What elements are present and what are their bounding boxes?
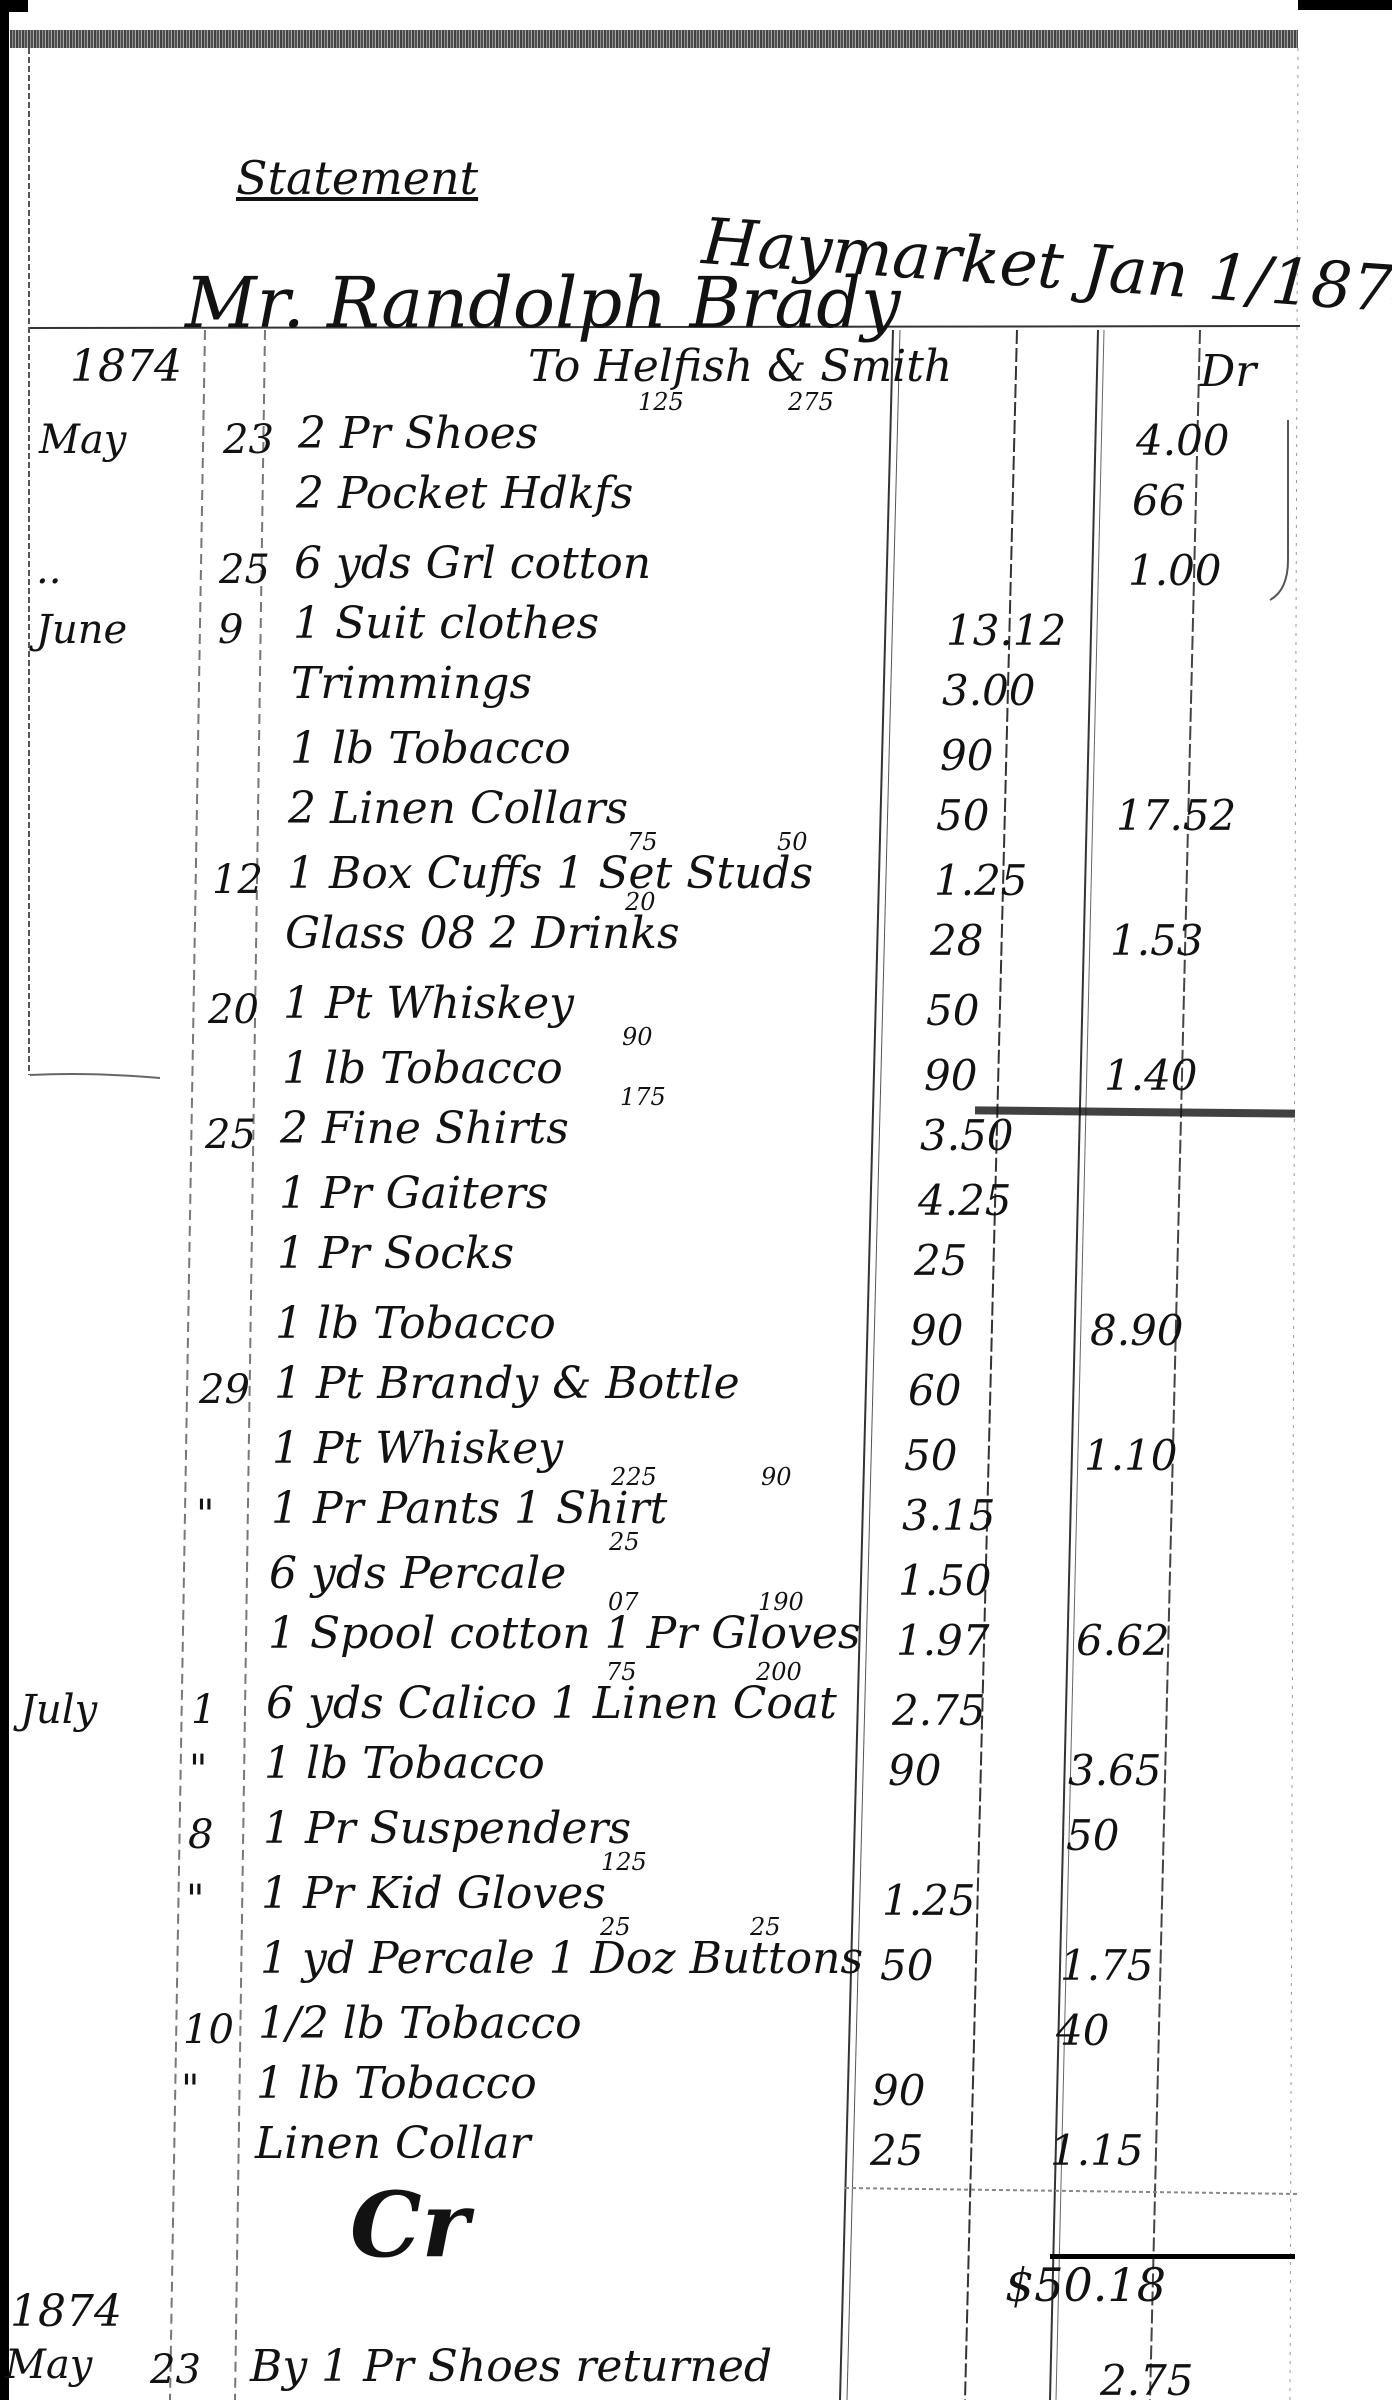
entry-item: 1 lb Tobacco (264, 1742, 545, 1786)
entry-item: 1/2 lb Tobacco (258, 2002, 582, 2046)
credit-amount: 2.75 (1100, 2360, 1194, 2400)
entry-subtotal: 90 (888, 1750, 941, 1792)
entry-unit-price: 75 (606, 1660, 637, 1684)
entry-item: 1 Pr Gaiters (279, 1172, 548, 1216)
entry-subtotal: 1.25 (934, 860, 1028, 902)
entry-subtotal: 50 (936, 795, 989, 837)
credit-item: By 1 Pr Shoes returned (250, 2345, 772, 2389)
entry-unit-price: 20 (625, 890, 656, 914)
entry-item: 1 Pr Kid Gloves (261, 1872, 606, 1916)
credit-month: May (5, 2345, 92, 2385)
entry-total: 8.90 (1090, 1310, 1184, 1352)
entry-month: May (39, 420, 126, 460)
grand-total: $50.18 (1005, 2262, 1166, 2308)
entry-total: 50 (1066, 1815, 1119, 1857)
statement-heading: Statement (236, 155, 478, 201)
entry-day: 29 (199, 1370, 250, 1410)
entry-item: 6 yds Percale (269, 1552, 566, 1596)
entry-subtotal: 60 (908, 1370, 961, 1412)
entry-month: June (36, 610, 127, 650)
entry-subtotal: 3.00 (942, 670, 1036, 712)
entry-item: 1 Spool cotton 1 Pr Gloves (268, 1612, 860, 1656)
entry-unit-price: 25 (600, 1915, 631, 1939)
entry-item: 1 Pt Whiskey (272, 1427, 563, 1471)
entry-subtotal: 90 (910, 1310, 963, 1352)
entry-unit-price: 225 (611, 1465, 657, 1489)
credit-year: 1874 (10, 2290, 122, 2334)
entry-total: 66 (1132, 480, 1185, 522)
entry-item: Linen Collar (255, 2122, 531, 2166)
entry-subtotal: 3.15 (902, 1495, 996, 1537)
entry-subtotal: 2.75 (892, 1690, 986, 1732)
entry-item: 1 Pr Suspenders (263, 1807, 631, 1851)
year-header: 1874 (70, 345, 182, 389)
entry-day: 25 (219, 550, 270, 590)
entry-total: 17.52 (1116, 795, 1236, 837)
entry-day: 12 (212, 860, 263, 900)
entry-subtotal: 1.97 (896, 1620, 990, 1662)
entry-item: Glass 08 2 Drinks (285, 912, 680, 956)
entry-day: 10 (183, 2010, 234, 2050)
entry-item: 2 Linen Collars (288, 787, 628, 831)
entry-item: Trimmings (291, 662, 532, 706)
entry-subtotal: 50 (880, 1945, 933, 1987)
entry-subtotal: 4.25 (918, 1180, 1012, 1222)
entry-day: " (186, 1880, 204, 1920)
entry-subtotal: 90 (940, 735, 993, 777)
entry-unit-price: 125 (601, 1850, 647, 1874)
entry-unit-price: 90 (622, 1025, 653, 1049)
entry-month: July (20, 1690, 97, 1730)
entry-subtotal: 50 (926, 990, 979, 1032)
entry-item: 1 Pr Socks (277, 1232, 514, 1276)
entry-day: " (196, 1495, 214, 1535)
entry-total: 4.00 (1136, 420, 1230, 462)
entry-item: 1 lb Tobacco (275, 1302, 556, 1346)
entry-unit-price: 25 (609, 1530, 640, 1554)
entry-unit-price: 175 (620, 1085, 666, 1109)
entry-subtotal: 25 (870, 2130, 923, 2172)
entry-item: 1 Box Cuffs 1 Set Studs (287, 852, 813, 896)
entry-item: 6 yds Grl cotton (294, 542, 651, 586)
entry-total: 6.62 (1076, 1620, 1170, 1662)
credit-day: 23 (150, 2350, 201, 2390)
entry-item: 1 Pt Whiskey (283, 982, 574, 1026)
entry-unit-price: 200 (756, 1660, 802, 1684)
entry-total: 1.75 (1060, 1945, 1154, 1987)
entry-item: 1 Pt Brandy & Bottle (274, 1362, 740, 1406)
entry-total: 1.40 (1104, 1055, 1198, 1097)
entry-subtotal: 90 (872, 2070, 925, 2112)
entry-subtotal: 1.25 (882, 1880, 976, 1922)
entry-item: 1 lb Tobacco (256, 2062, 537, 2106)
entry-subtotal: 25 (914, 1240, 967, 1282)
creditor-header: To Helfish & Smith (528, 345, 952, 389)
entry-item: 1 Suit clothes (293, 602, 599, 646)
debit-header: Dr (1200, 350, 1256, 394)
entry-subtotal: 13.12 (946, 610, 1066, 652)
entry-item: 6 yds Calico 1 Linen Coat (266, 1682, 837, 1726)
entry-total: 3.65 (1068, 1750, 1162, 1792)
entry-unit-price: 90 (761, 1465, 792, 1489)
entry-day: 23 (223, 420, 274, 460)
entry-unit-price: 275 (788, 390, 834, 414)
entry-item: 1 lb Tobacco (290, 727, 571, 771)
entry-month: .. (36, 550, 61, 590)
entry-item: 2 Pr Shoes (298, 412, 538, 456)
entry-day: 20 (208, 990, 259, 1030)
entry-unit-price: 25 (750, 1915, 781, 1939)
entry-unit-price: 50 (777, 830, 808, 854)
addressee-name: Mr. Randolph Brady (185, 268, 901, 338)
entry-day: 1 (191, 1690, 216, 1730)
entry-day: 8 (188, 1815, 213, 1855)
entry-total: 40 (1056, 2010, 1109, 2052)
entry-item: 2 Pocket Hdkfs (296, 472, 633, 516)
entry-day: " (181, 2070, 199, 2110)
entry-day: " (189, 1750, 207, 1790)
entry-total: 1.10 (1084, 1435, 1178, 1477)
entry-item: 1 lb Tobacco (282, 1047, 563, 1091)
entry-subtotal: 90 (924, 1055, 977, 1097)
credit-label: Cr (350, 2180, 469, 2270)
ledger-page: Statement Haymarket Jan 1/1874 Mr. Rando… (0, 0, 1392, 2400)
entry-total: 1.00 (1128, 550, 1222, 592)
entry-item: 1 yd Percale 1 Doz Buttons (260, 1937, 863, 1981)
entry-total: 1.15 (1050, 2130, 1144, 2172)
entry-unit-price: 190 (758, 1590, 804, 1614)
entry-unit-price: 75 (627, 830, 658, 854)
entry-unit-price: 125 (638, 390, 684, 414)
entry-subtotal: 3.50 (920, 1115, 1014, 1157)
entry-item: 1 Pr Pants 1 Shirt (271, 1487, 667, 1531)
entry-total: 1.53 (1110, 920, 1204, 962)
entry-subtotal: 50 (904, 1435, 957, 1477)
entry-unit-price: 07 (608, 1590, 639, 1614)
entry-day: 25 (205, 1115, 256, 1155)
entry-subtotal: 1.50 (898, 1560, 992, 1602)
entry-day: 9 (218, 610, 243, 650)
entry-item: 2 Fine Shirts (280, 1107, 569, 1151)
entry-subtotal: 28 (930, 920, 983, 962)
